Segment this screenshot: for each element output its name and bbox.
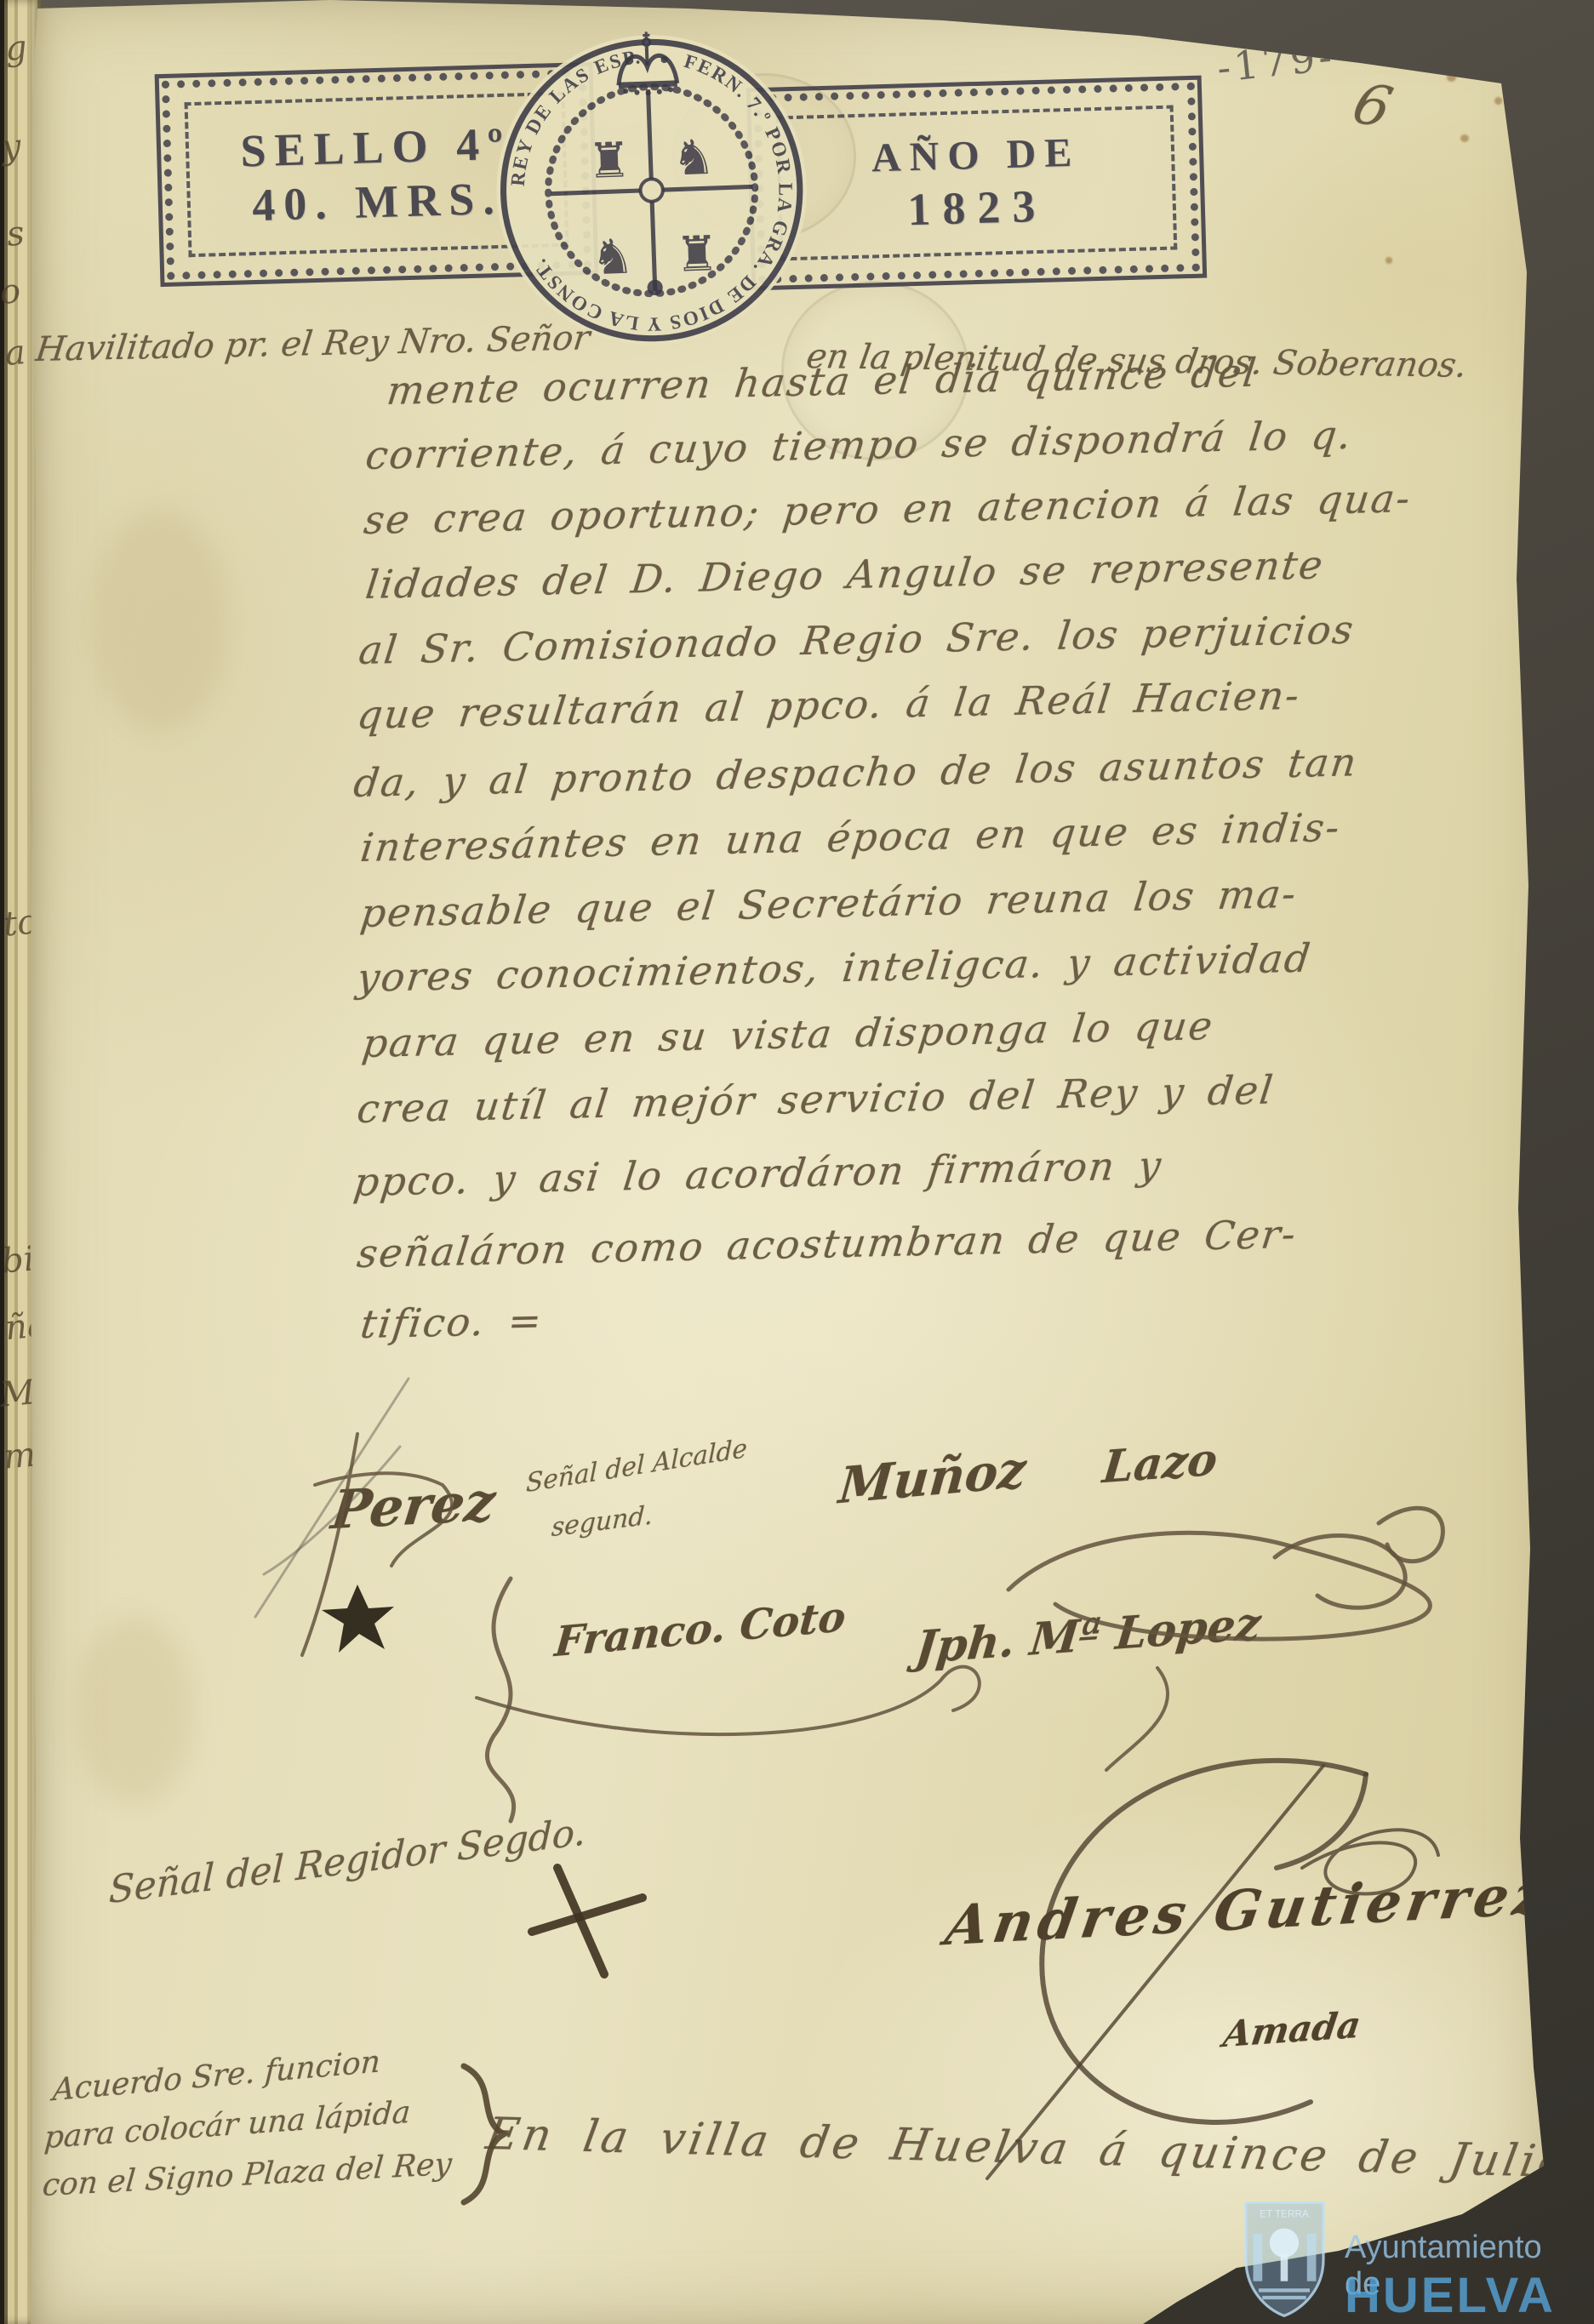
lion-icon: ♞ bbox=[671, 129, 716, 187]
foxing-dot bbox=[1385, 257, 1392, 264]
stamp-value-line: 40. MRS. bbox=[251, 173, 503, 231]
lopez-rubric bbox=[1106, 1668, 1168, 1770]
stamp-year-label: AÑO DE bbox=[871, 129, 1081, 181]
body-line: señaláron como acostumbran de que Cer- bbox=[355, 1211, 1300, 1276]
senal-regidor-label: Señal del Regidor Segdo. bbox=[108, 1810, 586, 1912]
body-line: al Sr. Comisionado Regio Sre. los perjui… bbox=[357, 607, 1357, 673]
body-line: interesántes en una época en que es indi… bbox=[358, 804, 1344, 871]
body-line: corriente, á cuyo tiempo se dispondrá lo… bbox=[363, 412, 1356, 478]
scanned-manuscript-page: g y s o a to bi ña Ma m SELLO 4º 40. MRS… bbox=[0, 0, 1594, 2324]
body-line: para que en su vista disponga lo que bbox=[360, 1002, 1217, 1066]
body-line: da, y al pronto despacho de los asuntos … bbox=[351, 739, 1361, 806]
regidor-cross-mark bbox=[532, 1898, 643, 1932]
regidor-cross-mark bbox=[557, 1868, 604, 1974]
signature-gutierrez-rubric: Amada bbox=[1221, 2003, 1363, 2055]
body-line: se crea oportuno; pero en atencion á las… bbox=[362, 475, 1414, 543]
ink-blot-star bbox=[322, 1585, 394, 1653]
shield-tree-trunk bbox=[1281, 2254, 1288, 2281]
castle-icon: ♜ bbox=[674, 226, 719, 283]
signature-lazo: Lazo bbox=[1100, 1433, 1220, 1493]
shield-motto-top: ET TERRA bbox=[1260, 2209, 1309, 2220]
body-line: yores conocimientos, inteligca. y activi… bbox=[355, 935, 1314, 1001]
margin-note-line: con el Signo Plaza del Rey bbox=[41, 2147, 453, 2203]
foxing-dot bbox=[1447, 73, 1456, 82]
paper-stain bbox=[75, 1617, 194, 1804]
gutierrez-paraph bbox=[987, 1766, 1323, 2178]
body-line: ppco. y asi lo acordáron firmáron y bbox=[351, 1142, 1165, 1205]
signature-gutierrez: Andres Gutierrez bbox=[941, 1862, 1555, 1958]
edge-fragment: y bbox=[0, 127, 23, 168]
signature-lopez: Jph. Mª Lopez bbox=[913, 1597, 1264, 1674]
shield-tree-icon bbox=[1270, 2229, 1299, 2258]
body-line: crea utíl al mejór servicio del Rey y de… bbox=[355, 1067, 1277, 1132]
stamp-year-value: 1823 bbox=[906, 180, 1048, 235]
coto-rubric bbox=[477, 1667, 980, 1734]
lazo-rubric bbox=[1275, 1536, 1405, 1608]
gutierrez-paraph bbox=[1277, 1774, 1366, 1868]
shield-pillar bbox=[1307, 2234, 1317, 2281]
body-line: pensable que el Secretário reuna los ma- bbox=[358, 871, 1300, 936]
archive-watermark: ET TERRA Ayuntamiento de HUELVA bbox=[1236, 2196, 1559, 2323]
stamp-class-line: SELLO 4º bbox=[240, 117, 512, 176]
body-line: que resultarán al ppco. á la Reál Hacien… bbox=[355, 672, 1303, 738]
body-line: tifico. = bbox=[358, 1298, 546, 1347]
signature-coto: Franco. Coto bbox=[553, 1593, 848, 1667]
edge-fragment: o bbox=[0, 271, 22, 312]
foxing-dot bbox=[1494, 97, 1502, 105]
margin-note-line: para colocár una lápida bbox=[43, 2095, 412, 2156]
seal-center-boss bbox=[640, 179, 663, 202]
castle-icon: ♜ bbox=[586, 132, 631, 190]
closing-date-line: En la villa de Huelva á quince de Julio bbox=[483, 2109, 1573, 2188]
signature-munoz: Muñoz bbox=[837, 1440, 1028, 1515]
royal-seal: REY DE LAS ESP. FERN. 7.º POR LA GRA. DE… bbox=[473, 8, 830, 364]
body-line: lidades del D. Diego Angulo se represent… bbox=[363, 541, 1327, 608]
paper-stain bbox=[92, 511, 228, 732]
stamp-panel-inner: AÑO DE 1823 bbox=[776, 106, 1178, 261]
edge-fragment: s bbox=[5, 214, 26, 254]
paper-sheet: SELLO 4º 40. MRS. AÑO DE 1823 REY DE LAS… bbox=[24, 0, 1556, 2324]
edge-fragment: a bbox=[3, 333, 27, 374]
edge-fragment: g bbox=[3, 28, 29, 69]
watermark-text-line2: HUELVA bbox=[1345, 2267, 1556, 2324]
senal-alcalde-label: Señal del Alcalde bbox=[526, 1434, 748, 1499]
perez-rubric bbox=[302, 1434, 452, 1655]
signature-perez: Perez bbox=[328, 1470, 499, 1542]
lazo-rubric bbox=[1379, 1508, 1443, 1561]
alcalde-rubric bbox=[487, 1579, 513, 1821]
senal-alcalde-label2: segund. bbox=[551, 1500, 654, 1543]
lion-icon: ♞ bbox=[590, 229, 635, 287]
edge-fragment: m bbox=[2, 1435, 37, 1476]
folio-ink-number: 6 bbox=[1345, 71, 1399, 140]
foxing-dot bbox=[1460, 134, 1469, 142]
huelva-shield-icon: ET TERRA bbox=[1236, 2196, 1334, 2323]
shield-pillar bbox=[1254, 2234, 1263, 2281]
margin-note-line: Acuerdo Sre. funcion bbox=[52, 2044, 381, 2108]
folio-pencil-number: -179- bbox=[1215, 33, 1338, 91]
